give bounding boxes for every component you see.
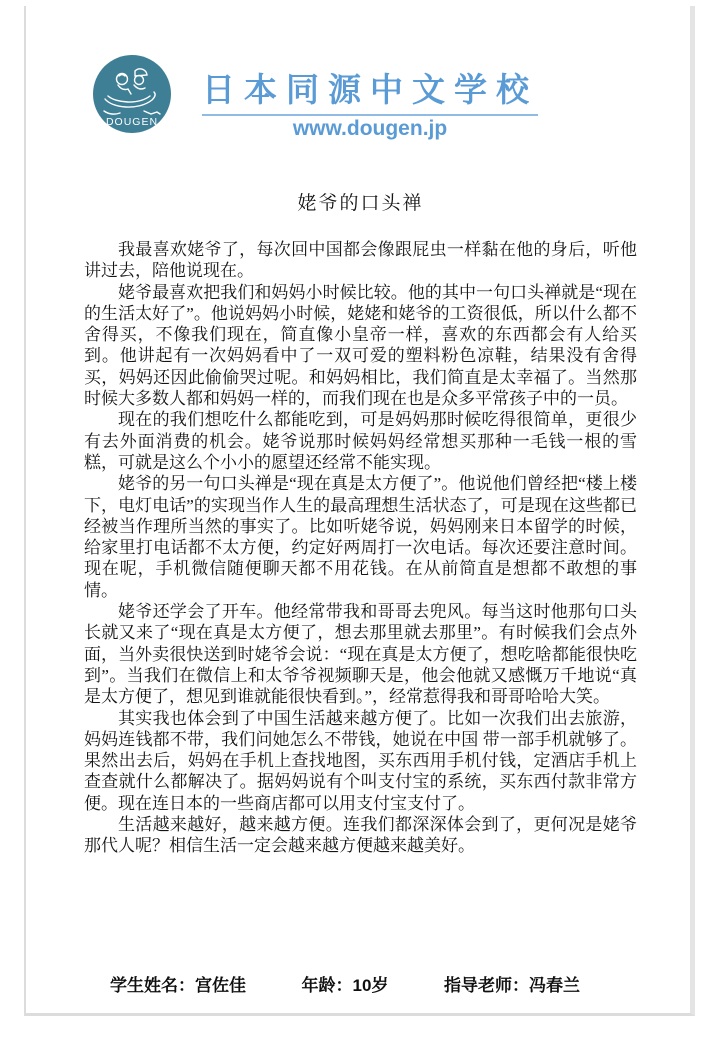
essay-title: 姥爷的口头禅	[84, 188, 637, 215]
age-label: 年龄：	[302, 976, 353, 995]
essay-paragraph: 我最喜欢姥爷了，每次回中国都会像跟屁虫一样黏在他的身后，听他讲过去，陪他说现在。	[84, 239, 637, 282]
essay-paragraph: 生活越来越好，越来越方便。连我们都深深体会到了，更何况是姥爷那代人呢？相信生活一…	[84, 814, 637, 857]
essay-meta-footer: 学生姓名：宫佐佳 年龄：10岁 指导老师：冯春兰	[110, 971, 580, 996]
teacher-value: 冯春兰	[529, 976, 580, 995]
logo-wordmark: DOUGEN	[106, 116, 158, 128]
essay-body: 我最喜欢姥爷了，每次回中国都会像跟屁虫一样黏在他的身后，听他讲过去，陪他说现在。…	[84, 239, 637, 857]
student-name-value: 宫佐佳	[195, 976, 246, 995]
school-website-url: www.dougen.jp	[160, 117, 580, 141]
essay-paragraph: 姥爷最喜欢把我们和妈妈小时候比较。他的其中一句口头禅就是“现在的生活太好了”。他…	[84, 282, 637, 410]
essay-paragraph: 姥爷的另一句口头禅是“现在真是太方便了”。他说他们曾经把“楼上楼下，电灯电话”的…	[84, 473, 637, 601]
essay-paragraph: 姥爷还学会了开车。他经常带我和哥哥去兜风。每当这时他那句口头长就又来了“现在真是…	[84, 601, 637, 707]
teacher-field: 指导老师：冯春兰	[444, 971, 580, 996]
age-field: 年龄：10岁	[302, 971, 389, 996]
essay-paragraph: 现在的我们想吃什么都能吃到，可是妈妈那时候吃得很简单，更很少有去外面消费的机会。…	[84, 409, 637, 473]
essay-paragraph: 其实我也体会到了中国生活越来越方便了。比如一次我们出去旅游，妈妈连钱都不带，我们…	[84, 708, 637, 814]
student-name-label: 学生姓名：	[110, 976, 195, 995]
school-name: 日本同源中文学校	[160, 64, 580, 116]
teacher-label: 指导老师：	[444, 976, 529, 995]
age-value: 10岁	[353, 976, 389, 995]
student-name-field: 学生姓名：宫佐佳	[110, 971, 246, 996]
